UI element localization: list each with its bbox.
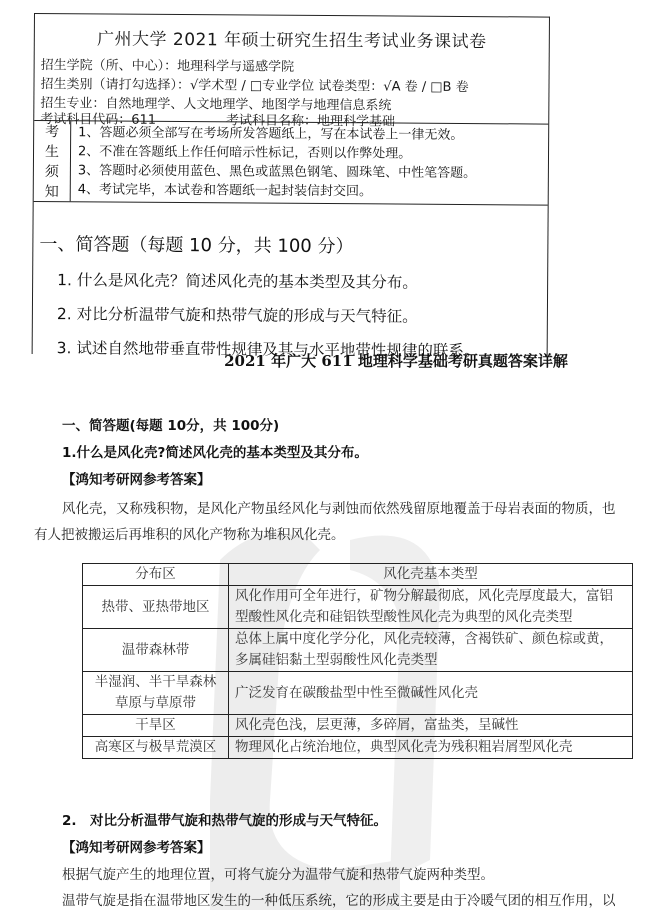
table-cell-type: 广泛发育在碳酸盐型中性至微碱性风化壳 bbox=[229, 672, 633, 715]
notice-heading: 考 生 须 知 bbox=[34, 121, 72, 201]
table-cell-region: 干旱区 bbox=[83, 715, 229, 737]
q2-heading: 2. 对比分析温带气旋和热带气旋的形成与天气特征。 bbox=[62, 809, 387, 829]
table-cell-type: 物理风化占统治地位，典型风化壳为残积粗岩屑型风化壳 bbox=[229, 737, 633, 759]
table-cell-region: 热带、亚热带地区 bbox=[83, 586, 229, 629]
college-line: 招生学院（所、中心）：地理科学与遥感学院 bbox=[41, 54, 295, 75]
table-cell-type: 总体上属中度化学分化，风化壳较薄，含褐铁矿、颜色棕或黄，多属硅铝黏土型弱酸性风化… bbox=[229, 629, 633, 672]
table-row: 温带森林带 总体上属中度化学分化，风化壳较薄，含褐铁矿、颜色棕或黄，多属硅铝黏土… bbox=[83, 629, 633, 672]
q1-answer-tag: 【鸿知考研网参考答案】 bbox=[62, 468, 211, 488]
table-cell-type: 风化作用可全年进行，矿物分解最彻底，风化壳厚度最大，富铝型酸性风化壳和硅铝铁型酸… bbox=[229, 586, 633, 629]
scanned-exam-paper: 广州大学 2021 年硕士研究生招生考试业务课试卷 招生学院（所、中心）：地理科… bbox=[0, 0, 672, 348]
table-cell-region: 温带森林带 bbox=[83, 629, 229, 672]
table-cell-type: 风化壳色浅，层更薄，多碎屑，富盐类，呈碱性 bbox=[229, 715, 633, 737]
exam-question-1: 1. 什么是风化壳？简述风化壳的基本类型及其分布。 bbox=[57, 268, 418, 293]
q2-answer-tag: 【鸿知考研网参考答案】 bbox=[62, 836, 211, 856]
weathering-crust-table: 分布区 风化壳基本类型 热带、亚热带地区 风化作用可全年进行，矿物分解最彻底，风… bbox=[82, 563, 633, 759]
table-cell-region: 半湿润、半干旱森林草原与草原带 bbox=[83, 672, 229, 715]
notice-list: 1、答题必须全部写在考场所发答题纸上，写在本试卷上一律无效。 2、不准在答题纸上… bbox=[78, 123, 545, 202]
exam-section-title: 一、简答题（每题 10 分，共 100 分） bbox=[39, 230, 353, 258]
answer-doc-title: 2021 年广大 611 地理科学基础考研真题答案详解 bbox=[0, 350, 672, 371]
q1-paragraph-line-2: 有人把被搬运后再堆积的风化产物称为堆积风化壳。 bbox=[34, 523, 345, 543]
table-header-row: 分布区 风化壳基本类型 bbox=[83, 564, 633, 586]
exam-notice-box: 考 生 须 知 1、答题必须全部写在考场所发答题纸上，写在本试卷上一律无效。 2… bbox=[34, 120, 549, 206]
notice-item: 4、考试完毕，本试卷和答题纸一起封装信封交回。 bbox=[78, 180, 544, 202]
table-row: 热带、亚热带地区 风化作用可全年进行，矿物分解最彻底，风化壳厚度最大，富铝型酸性… bbox=[83, 586, 633, 629]
table-header-region: 分布区 bbox=[83, 564, 229, 586]
q2-paragraph-line-2: 温带气旋是指在温带地区发生的一种低压系统，它的形成主要是由于冷暖气团的相互作用，… bbox=[62, 889, 616, 909]
exam-header-box: 广州大学 2021 年硕士研究生招生考试业务课试卷 招生学院（所、中心）：地理科… bbox=[32, 13, 550, 358]
table-row: 高寒区与极旱荒漠区 物理风化占统治地位，典型风化壳为残积粗岩屑型风化壳 bbox=[83, 737, 633, 759]
exam-title: 广州大学 2021 年硕士研究生招生考试业务课试卷 bbox=[35, 24, 549, 53]
q1-paragraph-line-1: 风化壳，又称残积物，是风化产物虽经风化与剥蚀而依然残留原地覆盖于母岩表面的物质，… bbox=[62, 497, 616, 517]
q2-paragraph-line-1: 根据气旋产生的地理位置，可将气旋分为温带气旋和热带气旋两种类型。 bbox=[62, 863, 494, 883]
table-header-type: 风化壳基本类型 bbox=[229, 564, 633, 586]
q1-heading: 1.什么是风化壳?简述风化壳的基本类型及其分布。 bbox=[62, 441, 368, 461]
exam-question-2: 2. 对比分析温带气旋和热带气旋的形成与天气特征。 bbox=[57, 302, 418, 327]
table-cell-region: 高寒区与极旱荒漠区 bbox=[83, 737, 229, 759]
table-row: 半湿润、半干旱森林草原与草原带 广泛发育在碳酸盐型中性至微碱性风化壳 bbox=[83, 672, 633, 715]
table-row: 干旱区 风化壳色浅，层更薄，多碎屑，富盐类，呈碱性 bbox=[83, 715, 633, 737]
answer-section-title: 一、简答题(每题 10分，共 100分) bbox=[62, 414, 279, 434]
